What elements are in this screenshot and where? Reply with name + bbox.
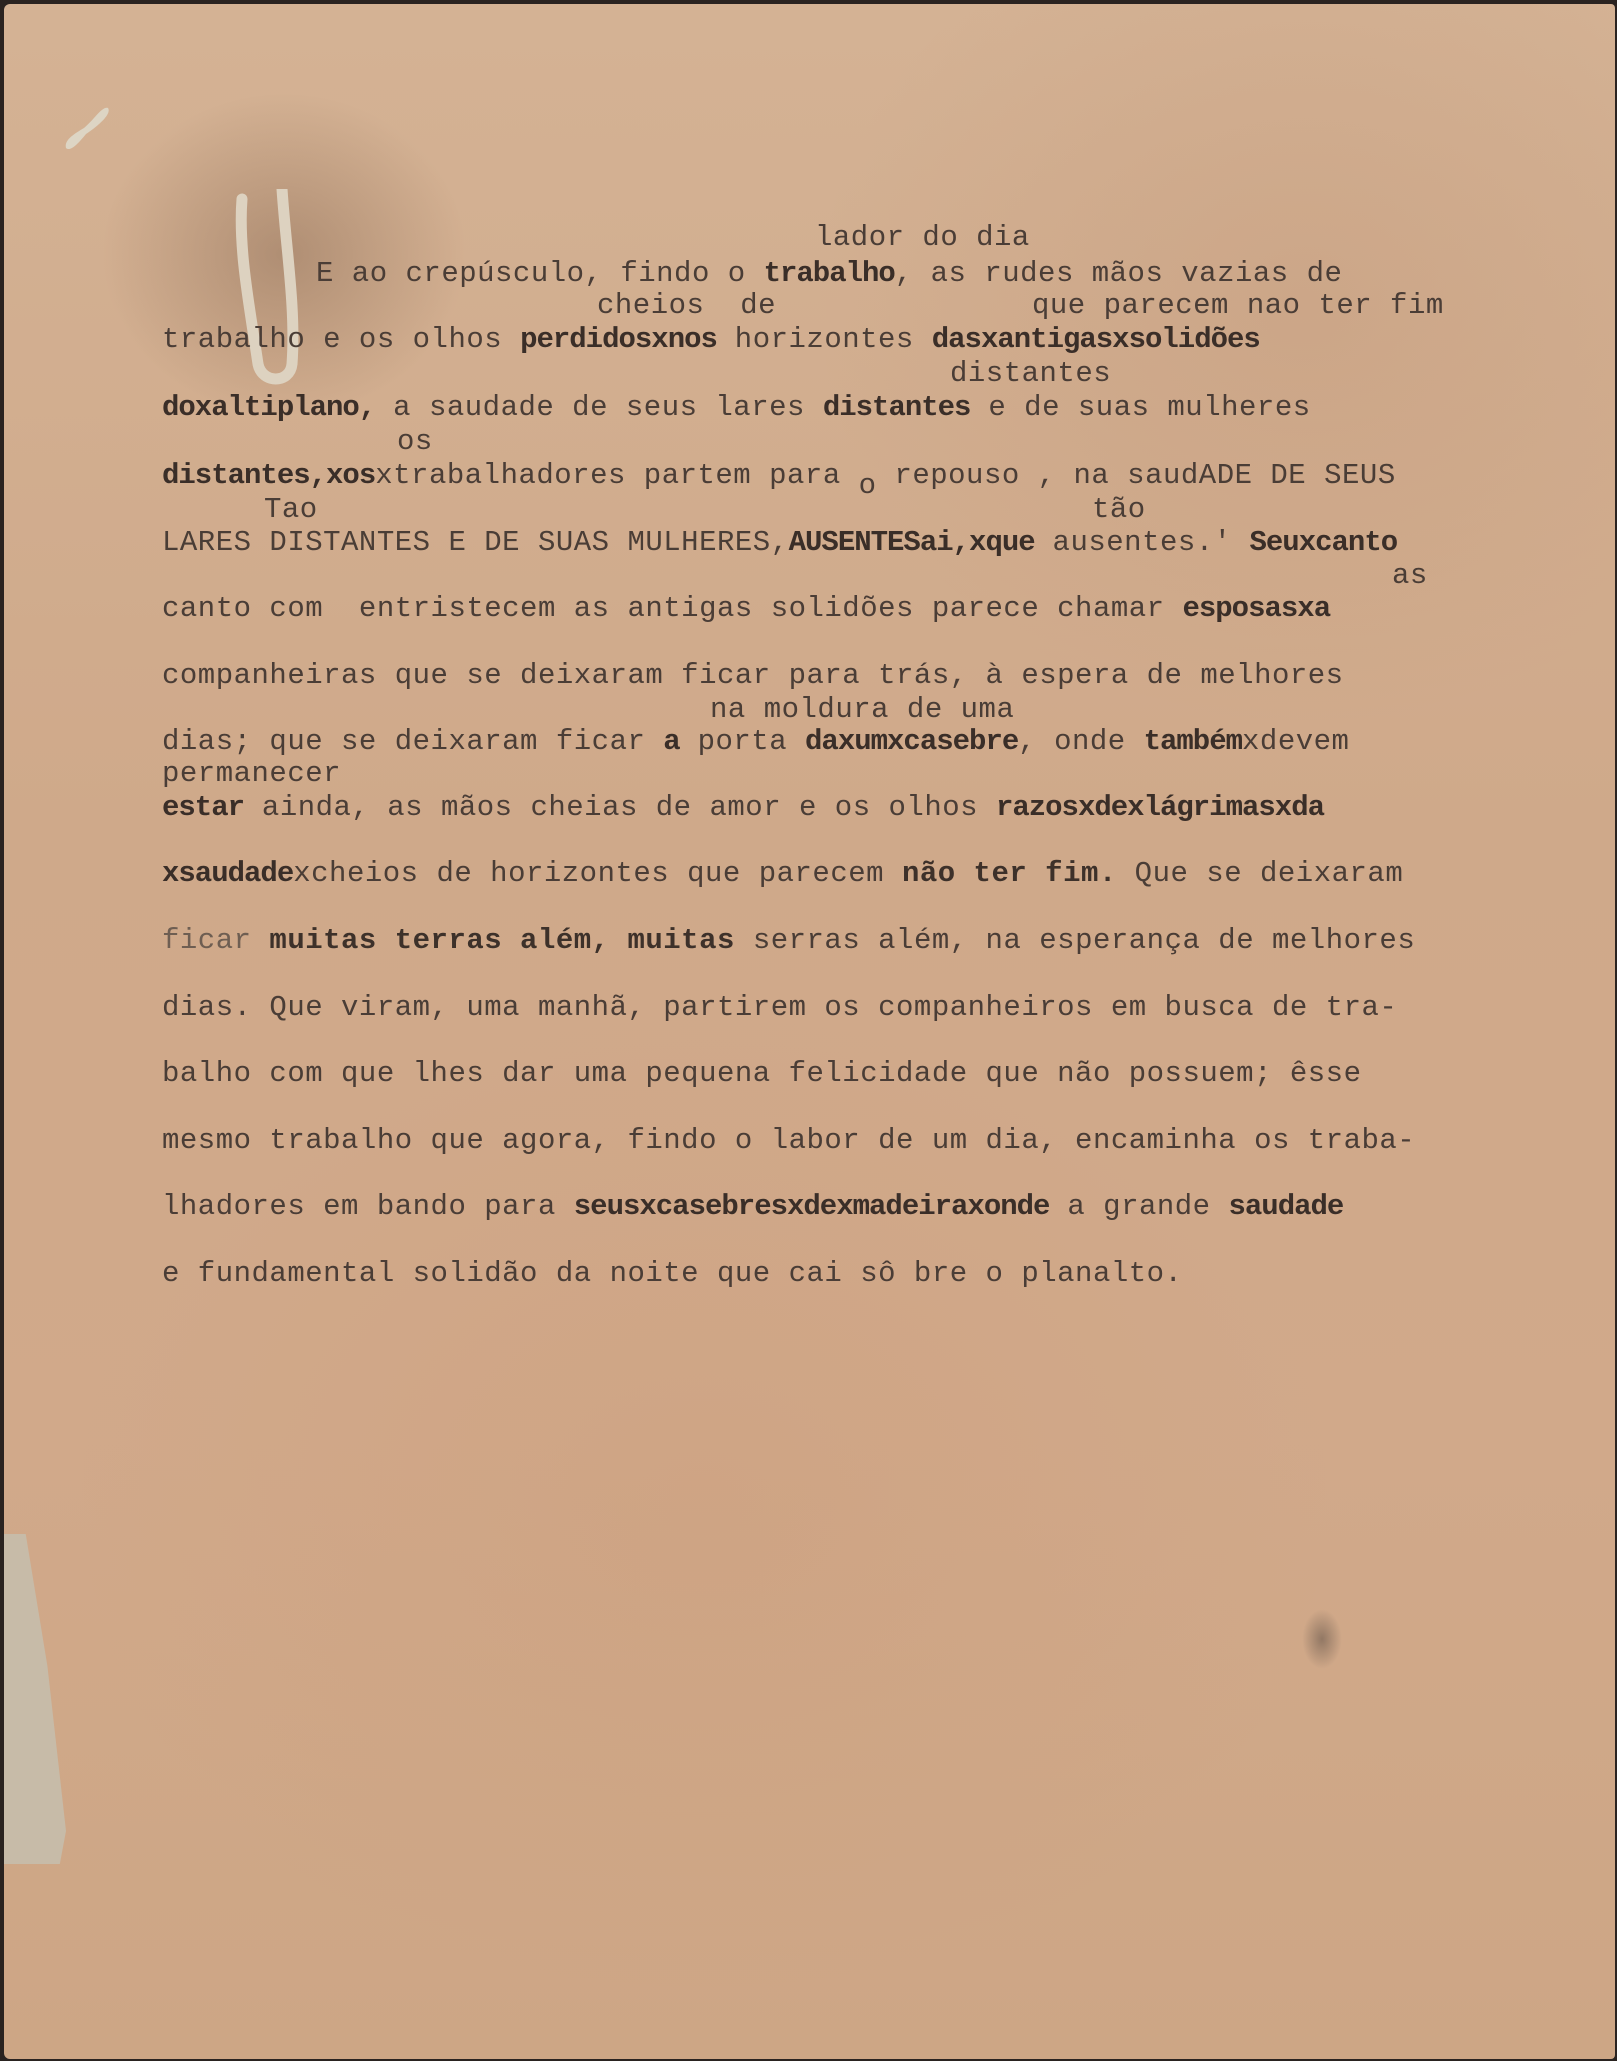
text-line: canto com entristecem as antigas solidõe…	[162, 593, 1330, 625]
struck-text: seusxcasebresxdexmadeiraxonde	[574, 1190, 1050, 1223]
text-span: E ao crepúsculo, findo o	[316, 257, 764, 290]
text-line: ficar muitas terras além, muitas serras …	[162, 925, 1415, 957]
text-span: canto com entristecem as antigas solidõe…	[162, 592, 1182, 625]
text-span: lhadores em bando para	[162, 1190, 574, 1223]
text-line: doxaltiplano, a saudade de seus lares di…	[162, 392, 1311, 424]
interlinear-correction: distantes	[950, 358, 1111, 390]
text-span: a grande	[1049, 1190, 1228, 1223]
text-span: LARES DISTANTES E DE SUAS MULHERES,	[162, 526, 789, 559]
struck-text: razosxdexlágrimasxda	[996, 791, 1324, 824]
text-span: horizontes	[717, 323, 932, 356]
interlinear-correction: que parecem nao ter fim	[1032, 290, 1444, 322]
bold-text: não ter fim.	[902, 857, 1117, 890]
text-line: trabalho e os olhos perdidosxnos horizon…	[162, 324, 1260, 356]
interlinear-correction: as	[1392, 560, 1428, 592]
text-span: porta	[680, 725, 805, 758]
text-line: distantes,xosxtrabalhadores partem para …	[162, 460, 1396, 492]
text-span: , onde	[1018, 725, 1143, 758]
text-span: xdevem	[1242, 725, 1349, 758]
struck-text: perdidosxnos	[520, 323, 717, 356]
struck-text: Seuxcanto	[1250, 526, 1398, 559]
interlinear-correction: os	[397, 426, 433, 458]
interlinear-correction: tão	[1092, 494, 1146, 526]
interlinear-correction: cheios de	[597, 290, 776, 322]
struck-text: também	[1144, 725, 1242, 758]
text-line: xsaudadexcheios de horizontes que parece…	[162, 858, 1403, 890]
text-line: e fundamental solidão da noite que cai s…	[162, 1258, 1182, 1290]
text-line: dias. Que viram, uma manhã, partirem os …	[162, 992, 1397, 1024]
text-span: xtrabalhadores partem para	[375, 459, 858, 492]
text-span: Que se deixaram	[1117, 857, 1403, 890]
struck-text: estar	[162, 791, 244, 824]
typewritten-text: lador do dia E ao crepúsculo, findo o tr…	[0, 0, 1617, 2061]
text-span: a saudade de seus lares	[375, 391, 823, 424]
subscript-text: o	[859, 469, 877, 502]
interlinear-correction: lador do dia	[815, 222, 1030, 254]
bold-text: muitas terras além, muitas	[269, 924, 752, 957]
struck-text: daxumxcasebre	[805, 725, 1018, 758]
text-line: E ao crepúsculo, findo o trabalho, as ru…	[316, 258, 1342, 290]
text-line: lhadores em bando para seusxcasebresxdex…	[162, 1191, 1343, 1223]
text-line: mesmo trabalho que agora, findo o labor …	[162, 1125, 1415, 1157]
text-span: trabalho e os olhos	[162, 323, 520, 356]
struck-text: saudade	[1228, 1190, 1343, 1223]
struck-text: doxaltiplano,	[162, 391, 375, 424]
struck-text: AUSENTESai,xque	[789, 526, 1035, 559]
struck-text: xsaudade	[162, 857, 293, 890]
interlinear-correction: permanecer	[162, 758, 341, 790]
struck-text: distantes,xos	[162, 459, 375, 492]
faint-text: ficar	[162, 924, 269, 957]
text-span: serras além, na esperança de melhores	[753, 924, 1415, 957]
text-line: balho com que lhes dar uma pequena felic…	[162, 1058, 1362, 1090]
struck-text: distantes	[823, 391, 971, 424]
interlinear-correction: Tao	[264, 494, 318, 526]
text-span: e de suas mulheres	[970, 391, 1310, 424]
text-line: companheiras que se deixaram ficar para …	[162, 660, 1344, 692]
text-line: estar ainda, as mãos cheias de amor e os…	[162, 792, 1324, 824]
text-span: repouso , na saudADE DE SEUS	[877, 459, 1396, 492]
struck-text: dasxantigasxsolidões	[932, 323, 1260, 356]
interlinear-correction: na moldura de uma	[710, 694, 1014, 726]
text-span: xcheios de horizontes que parecem	[293, 857, 902, 890]
struck-text: a	[663, 725, 679, 758]
text-line: dias; que se deixaram ficar a porta daxu…	[162, 726, 1349, 758]
struck-text: esposasxa	[1182, 592, 1330, 625]
text-line: LARES DISTANTES E DE SUAS MULHERES,AUSEN…	[162, 527, 1397, 559]
text-span: dias; que se deixaram ficar	[162, 725, 663, 758]
struck-text: trabalho	[764, 257, 895, 290]
text-span: , as rudes mãos vazias de	[895, 257, 1343, 290]
text-span: ausentes.'	[1035, 526, 1250, 559]
text-span: ainda, as mãos cheias de amor e os olhos	[244, 791, 996, 824]
